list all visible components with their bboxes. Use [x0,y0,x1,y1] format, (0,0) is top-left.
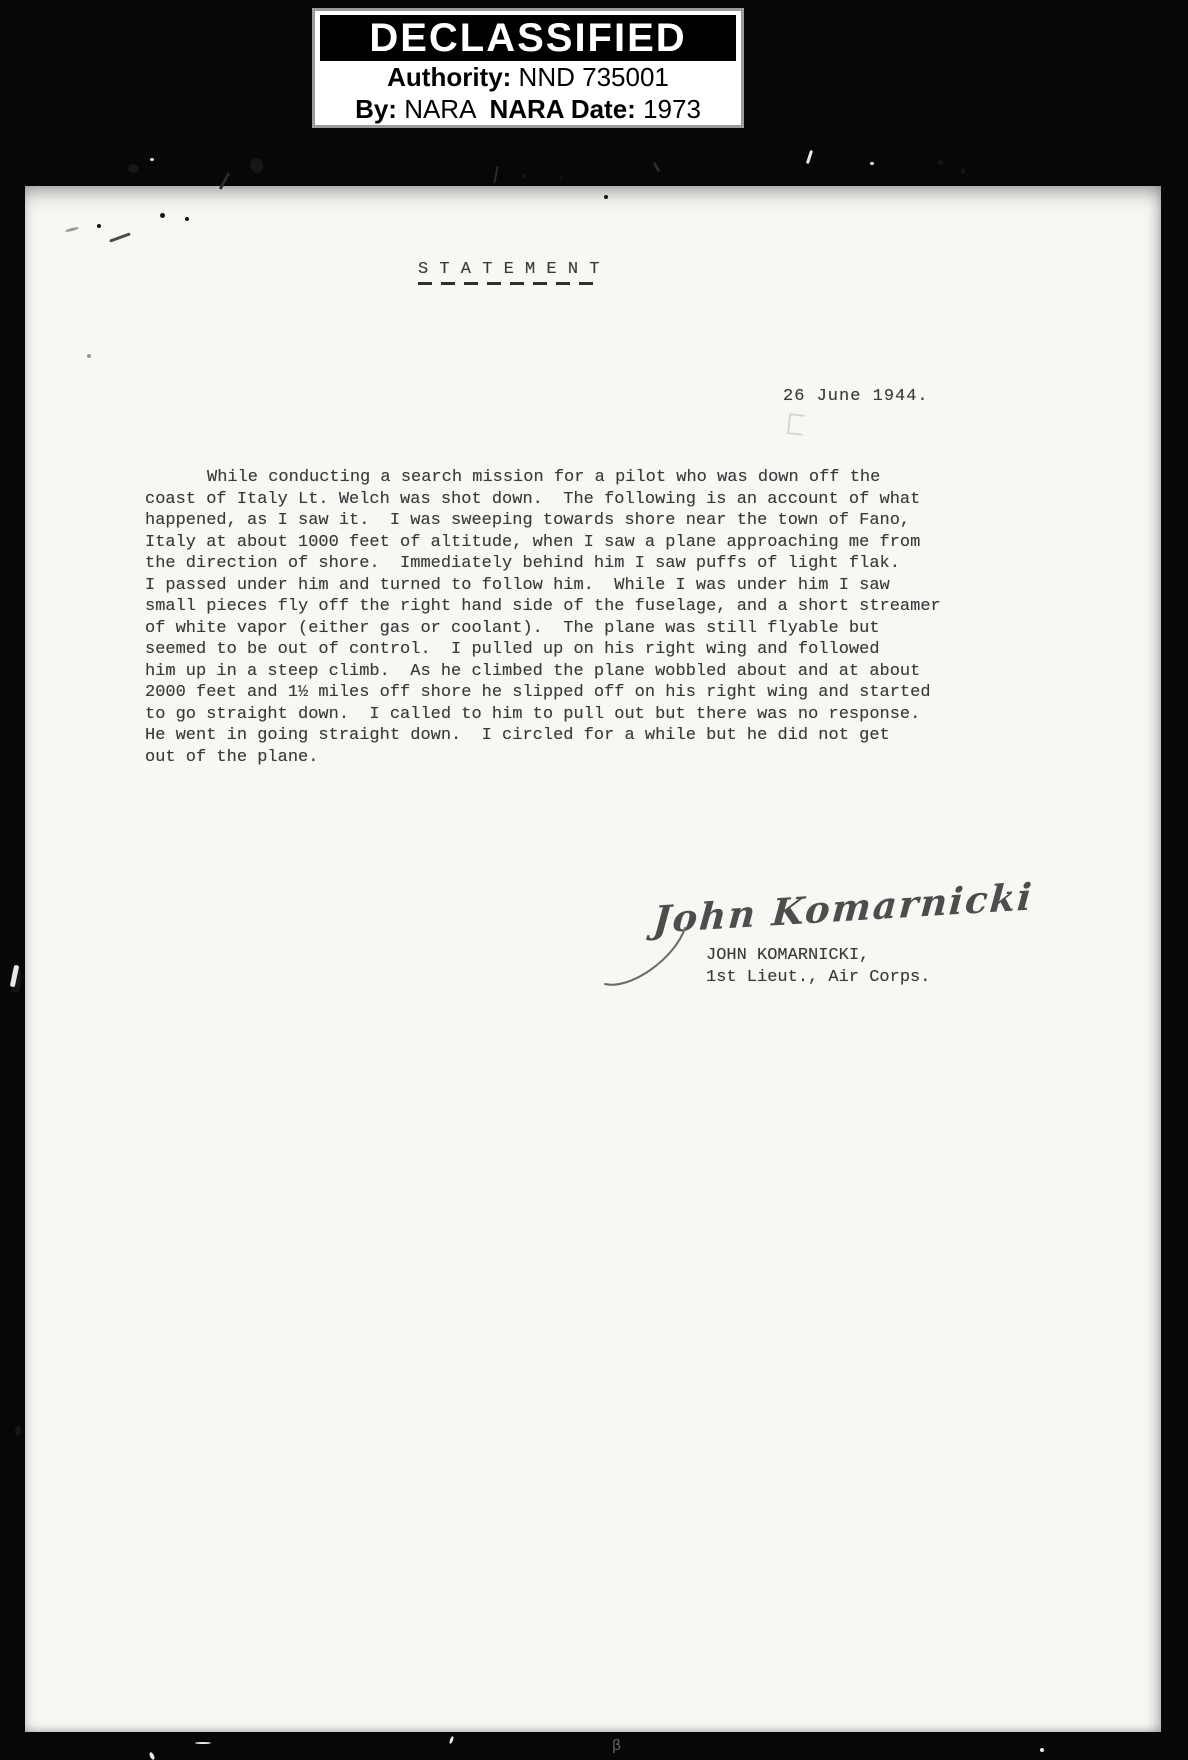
declassified-stamp-title: DECLASSIFIED [369,18,686,58]
document-page: S T A T E M E N T 26 June 1944. While co… [25,186,1161,1732]
border-speck [195,1742,211,1744]
scan-speck [97,224,101,228]
statement-line: him up in a steep climb. As he climbed t… [145,661,975,683]
stamp-by-value: NARA [397,94,489,124]
scan-speck [250,158,263,173]
statement-line: While conducting a search mission for a … [145,467,975,489]
scan-speck [604,195,608,199]
scan-speck [560,176,563,179]
declassified-stamp: DECLASSIFIED Authority: NND 735001 By: N… [312,8,744,128]
statement-date: 26 June 1944. [783,387,929,406]
stamp-authority-value: NND 735001 [511,62,669,92]
stamp-date-label: NARA Date: [489,94,635,124]
statement-line: out of the plane. [145,747,975,769]
scan-speck [87,354,91,358]
border-speck [1040,1748,1044,1752]
stamp-authority-label: Authority: [387,62,511,92]
scan-scratch [219,172,230,189]
statement-line: of white vapor (either gas or coolant). … [145,618,975,640]
scanned-document-screenshot: { "stamp": { "title": "DECLASSIFIED", "a… [0,0,1188,1760]
statement-line: seemed to be out of control. I pulled up… [145,639,975,661]
border-faint-mark: β [612,1738,621,1755]
stamp-by-label: By: [355,94,397,124]
typed-signature-title: 1st Lieut., Air Corps. [706,967,930,989]
stamp-date-value: 1973 [636,94,701,124]
scan-scratch [653,162,661,172]
scan-speck [128,164,139,173]
border-speck [449,1736,455,1745]
stamp-by-line: By: NARA NARA Date: 1973 [355,93,701,125]
border-speck [150,158,154,161]
pencil-squiggle [109,232,131,242]
statement-line: small pieces fly off the right hand side… [145,596,975,618]
scan-speck [185,217,189,221]
typed-signature-name: JOHN KOMARNICKI, [706,945,930,967]
statement-title: S T A T E M E N T [418,260,600,285]
statement-line: the direction of shore. Immediately behi… [145,553,975,575]
stamp-authority-line: Authority: NND 735001 [387,61,669,93]
statement-line: Italy at about 1000 feet of altitude, wh… [145,532,975,554]
statement-line: He went in going straight down. I circle… [145,725,975,747]
scan-scratch [493,166,498,183]
statement-line: 2000 feet and 1½ miles off shore he slip… [145,682,975,704]
border-speck [148,1752,155,1760]
border-speck [870,162,874,165]
scan-speck [15,1426,21,1436]
scan-speck [961,168,965,174]
scan-speck [938,160,943,165]
typed-signature-block: JOHN KOMARNICKI, 1st Lieut., Air Corps. [706,945,930,988]
scan-speck [160,213,165,218]
signature-flourish-icon [593,924,713,1009]
pencil-mark [65,226,79,232]
scan-speck [522,174,526,178]
faint-stamp-mark [787,413,806,436]
statement-line: to go straight down. I called to him to … [145,704,975,726]
statement-body: While conducting a search mission for a … [145,467,975,768]
statement-line: coast of Italy Lt. Welch was shot down. … [145,489,975,511]
statement-line: I passed under him and turned to follow … [145,575,975,597]
declassified-stamp-bar: DECLASSIFIED [320,15,736,61]
statement-line: happened, as I saw it. I was sweeping to… [145,510,975,532]
border-speck [806,150,813,164]
